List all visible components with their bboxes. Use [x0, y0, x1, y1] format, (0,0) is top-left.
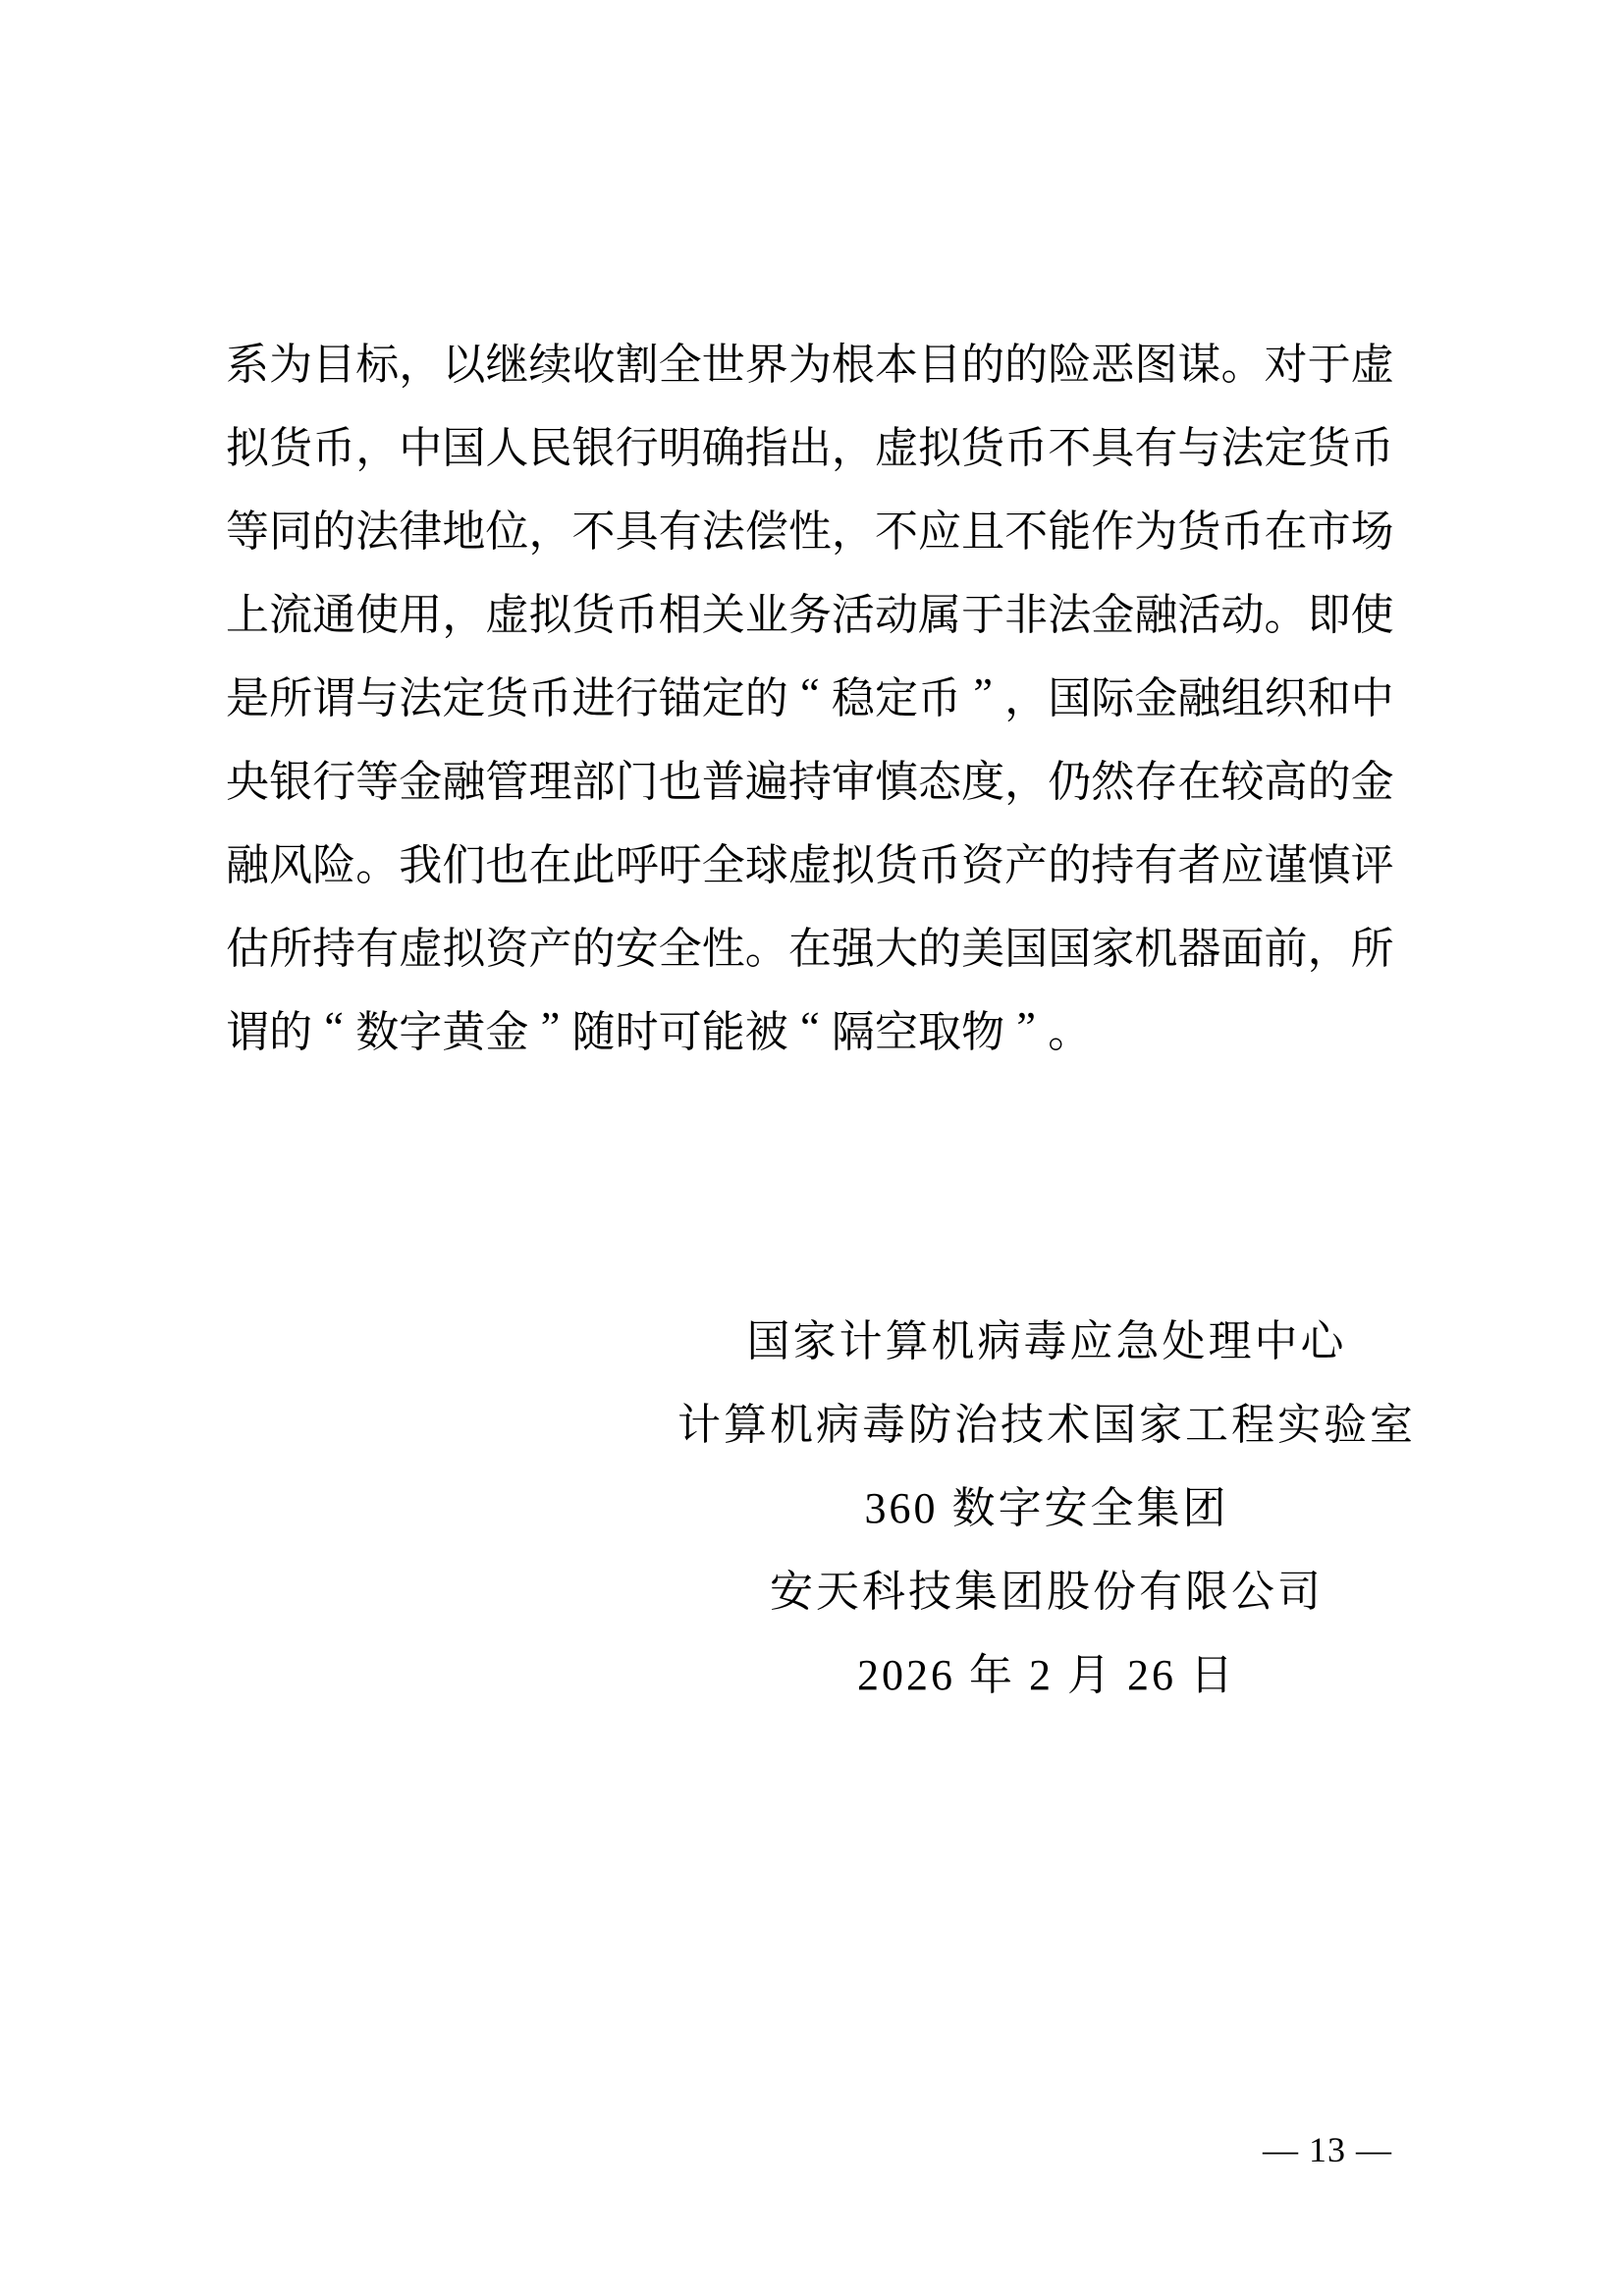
paragraph-line: 拟货币，中国人民银行明确指出，虚拟货币不具有与法定货币 [226, 401, 1394, 485]
signature-line-org-3: 360 数字安全集团 [469, 1467, 1624, 1550]
paragraph-line: 系为目标，以继续收割全世界为根本目的的险恶图谋。对于虚 [226, 318, 1394, 401]
document-page: 系为目标，以继续收割全世界为根本目的的险恶图谋。对于虚 拟货币，中国人民银行明确… [0, 0, 1624, 2296]
paragraph-line: 是所谓与法定货币进行锚定的“稳定币”，国际金融组织和中 [226, 652, 1394, 735]
paragraph-line: 等同的法律地位，不具有法偿性，不应且不能作为货币在市场 [226, 485, 1394, 568]
paragraph-line: 央银行等金融管理部门也普遍持审慎态度，仍然存在较高的金 [226, 735, 1394, 819]
paragraph-line: 估所持有虚拟资产的安全性。在强大的美国国家机器面前，所 [226, 902, 1394, 986]
paragraph: 系为目标，以继续收割全世界为根本目的的险恶图谋。对于虚 拟货币，中国人民银行明确… [226, 318, 1394, 1069]
paragraph-line: 融风险。我们也在此呼吁全球虚拟货币资产的持有者应谨慎评 [226, 819, 1394, 902]
signature-line-org-4: 安天科技集团股份有限公司 [469, 1550, 1624, 1633]
signature-line-org-1: 国家计算机病毒应急处理中心 [469, 1300, 1624, 1383]
page-number: — 13 — [1263, 2130, 1392, 2169]
signature-date: 2026 年 2 月 26 日 [469, 1633, 1624, 1717]
signature-block: 国家计算机病毒应急处理中心 计算机病毒防治技术国家工程实验室 360 数字安全集… [469, 1300, 1624, 1717]
paragraph-line: 上流通使用，虚拟货币相关业务活动属于非法金融活动。即使 [226, 568, 1394, 652]
paragraph-line: 谓的“数字黄金”随时可能被“隔空取物”。 [226, 986, 1394, 1069]
signature-line-org-2: 计算机病毒防治技术国家工程实验室 [469, 1383, 1624, 1467]
